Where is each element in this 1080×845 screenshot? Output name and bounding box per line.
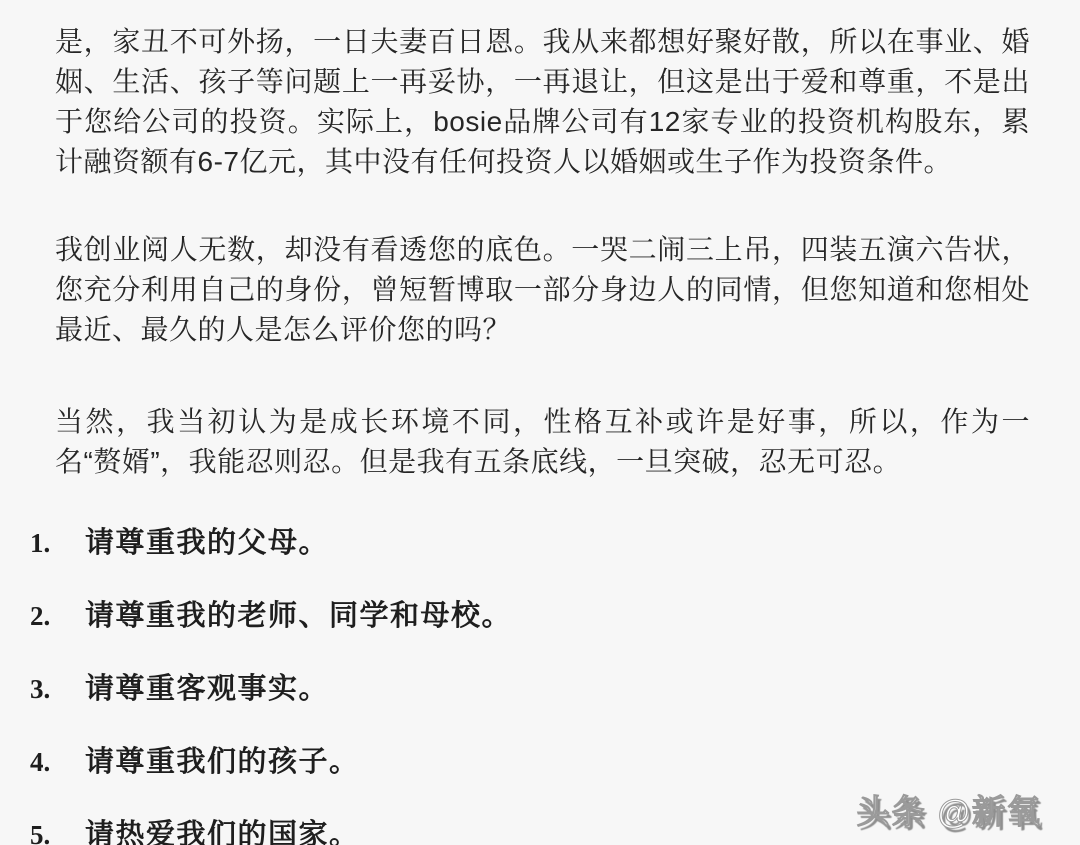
paragraph-2: 我创业阅人无数，却没有看透您的底色。一哭二闹三上吊，四装五演六告状，您充分利用自… (55, 230, 1030, 350)
list-item: 3. 请尊重客观事实。 (30, 674, 1030, 704)
paragraph-3: 当然，我当初认为是成长环境不同，性格互补或许是好事，所以，作为一名“赘婿”，我能… (55, 402, 1030, 482)
list-item-text: 请尊重我们的孩子。 (85, 747, 360, 777)
article-body: 是，家丑不可外扬，一日夫妻百日恩。我从来都想好聚好散，所以在事业、婚姻、生活、孩… (0, 0, 1080, 845)
list-item-number: 5. (30, 820, 85, 845)
list-item: 2. 请尊重我的老师、同学和母校。 (30, 601, 1030, 631)
list-item-text: 请热爱我们的国家。 (85, 820, 360, 845)
toutiao-xinyang-watermark: 头条 @新氧 (857, 786, 1042, 833)
list-item-number: 1. (30, 528, 85, 558)
list-item-number: 4. (30, 747, 85, 777)
paragraph-1: 是，家丑不可外扬，一日夫妻百日恩。我从来都想好聚好散，所以在事业、婚姻、生活、孩… (55, 22, 1030, 182)
list-item-text: 请尊重我的父母。 (85, 528, 329, 558)
list-item-number: 3. (30, 674, 85, 704)
list-item: 1. 请尊重我的父母。 (30, 528, 1030, 558)
list-item-number: 2. (30, 601, 85, 631)
list-item-text: 请尊重客观事实。 (85, 674, 329, 704)
list-item-text: 请尊重我的老师、同学和母校。 (85, 601, 512, 631)
list-item: 4. 请尊重我们的孩子。 (30, 747, 1030, 777)
